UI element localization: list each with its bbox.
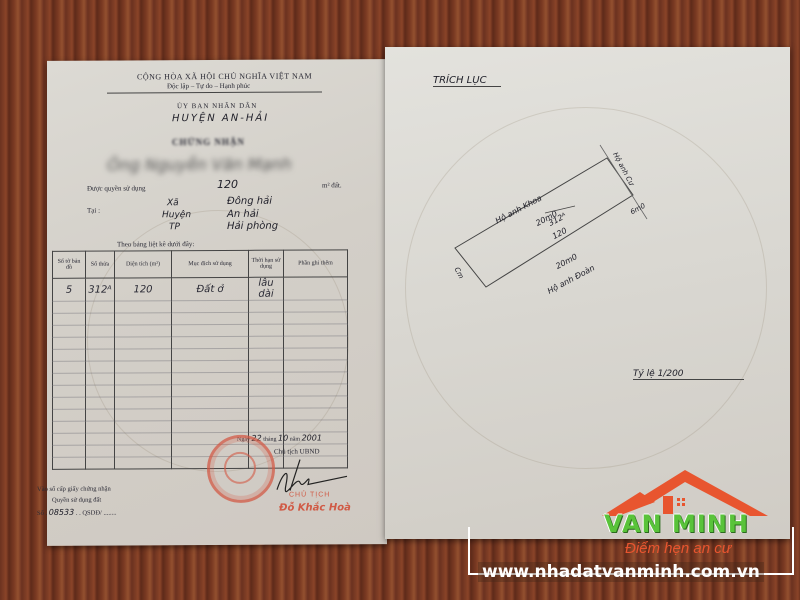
city-label: TP [169,222,180,232]
table-row: 5 312ᴬ 120 Đất ở lâu dài [53,277,348,302]
certificate-left-page: CỘNG HÒA XÃ HỘI CHỦ NGHĨA VIỆT NAM Độc l… [47,59,387,546]
owner-name-blurred: Ông Nguyễn Văn Mạnh [107,155,292,175]
area-value: 120 [217,178,238,191]
brand-name: VAN MINH [604,510,749,538]
stamp-title: CHỦ TỊCH [289,491,330,498]
commune-label: Xã [167,198,179,208]
header-divider [107,91,322,93]
district-label: Huyện [162,210,191,220]
scale-label: Tỷ lệ 1/200 [633,369,744,380]
cell-parcel-no: 312ᴬ [86,278,115,301]
stamp-name: Đỗ Khắc Hoà [279,502,351,513]
republic-header: CỘNG HÒA XÃ HỘI CHỦ NGHĨA VIỆT NAM [137,72,312,82]
registry-line-2: Quyền sử dụng đất [52,497,101,504]
col-notes: Phần ghi thêm [284,250,348,277]
motto: Độc lập – Tự do – Hạnh phúc [167,82,250,90]
parcel-plot-diagram [385,47,790,539]
official-red-seal [207,435,275,503]
cell-map-sheet: 5 [53,278,86,301]
cell-notes [284,277,348,300]
registry-line-1: Vào số cấp giấy chứng nhận [37,486,111,493]
website-url: www.nhadatvanminh.com.vn [478,562,764,582]
location-label: Tại : [87,207,100,215]
brand-slogan: Điểm hẹn an cư [625,540,731,557]
committee-label: ỦY BAN NHÂN DÂN [177,102,257,110]
col-term: Thời hạn sử dụng [249,250,284,277]
signature [272,454,352,494]
commune-value: Đông hải [227,196,272,207]
col-map-sheet: Số tờ bản đồ [53,251,86,278]
city-value: Hải phòng [227,221,278,232]
table-intro: Theo bảng liệt kê dưới đây: [117,240,194,248]
cell-purpose: Đất ở [172,277,249,300]
registry-number: Số . 08533 . . QSDĐ/ ........ [37,508,116,517]
district-name: HUYỆN AN-HẢI [172,113,269,125]
col-purpose: Mục đích sử dụng [172,250,249,277]
area-unit: m² đất. [322,181,342,189]
cell-area: 120 [115,278,172,301]
col-area: Diện tích (m²) [115,251,172,278]
certificate-title: CHỨNG NHẬN [172,137,245,147]
district-value: An hải [227,209,259,220]
certificate-right-page: TRÍCH LỤC Hộ anh Khoa 20m0 312ᴬ 120 20m0… [385,47,790,539]
area-label: Được quyền sử dụng [87,184,146,192]
col-parcel-no: Số thửa [86,251,115,278]
cell-term: lâu dài [249,277,284,300]
